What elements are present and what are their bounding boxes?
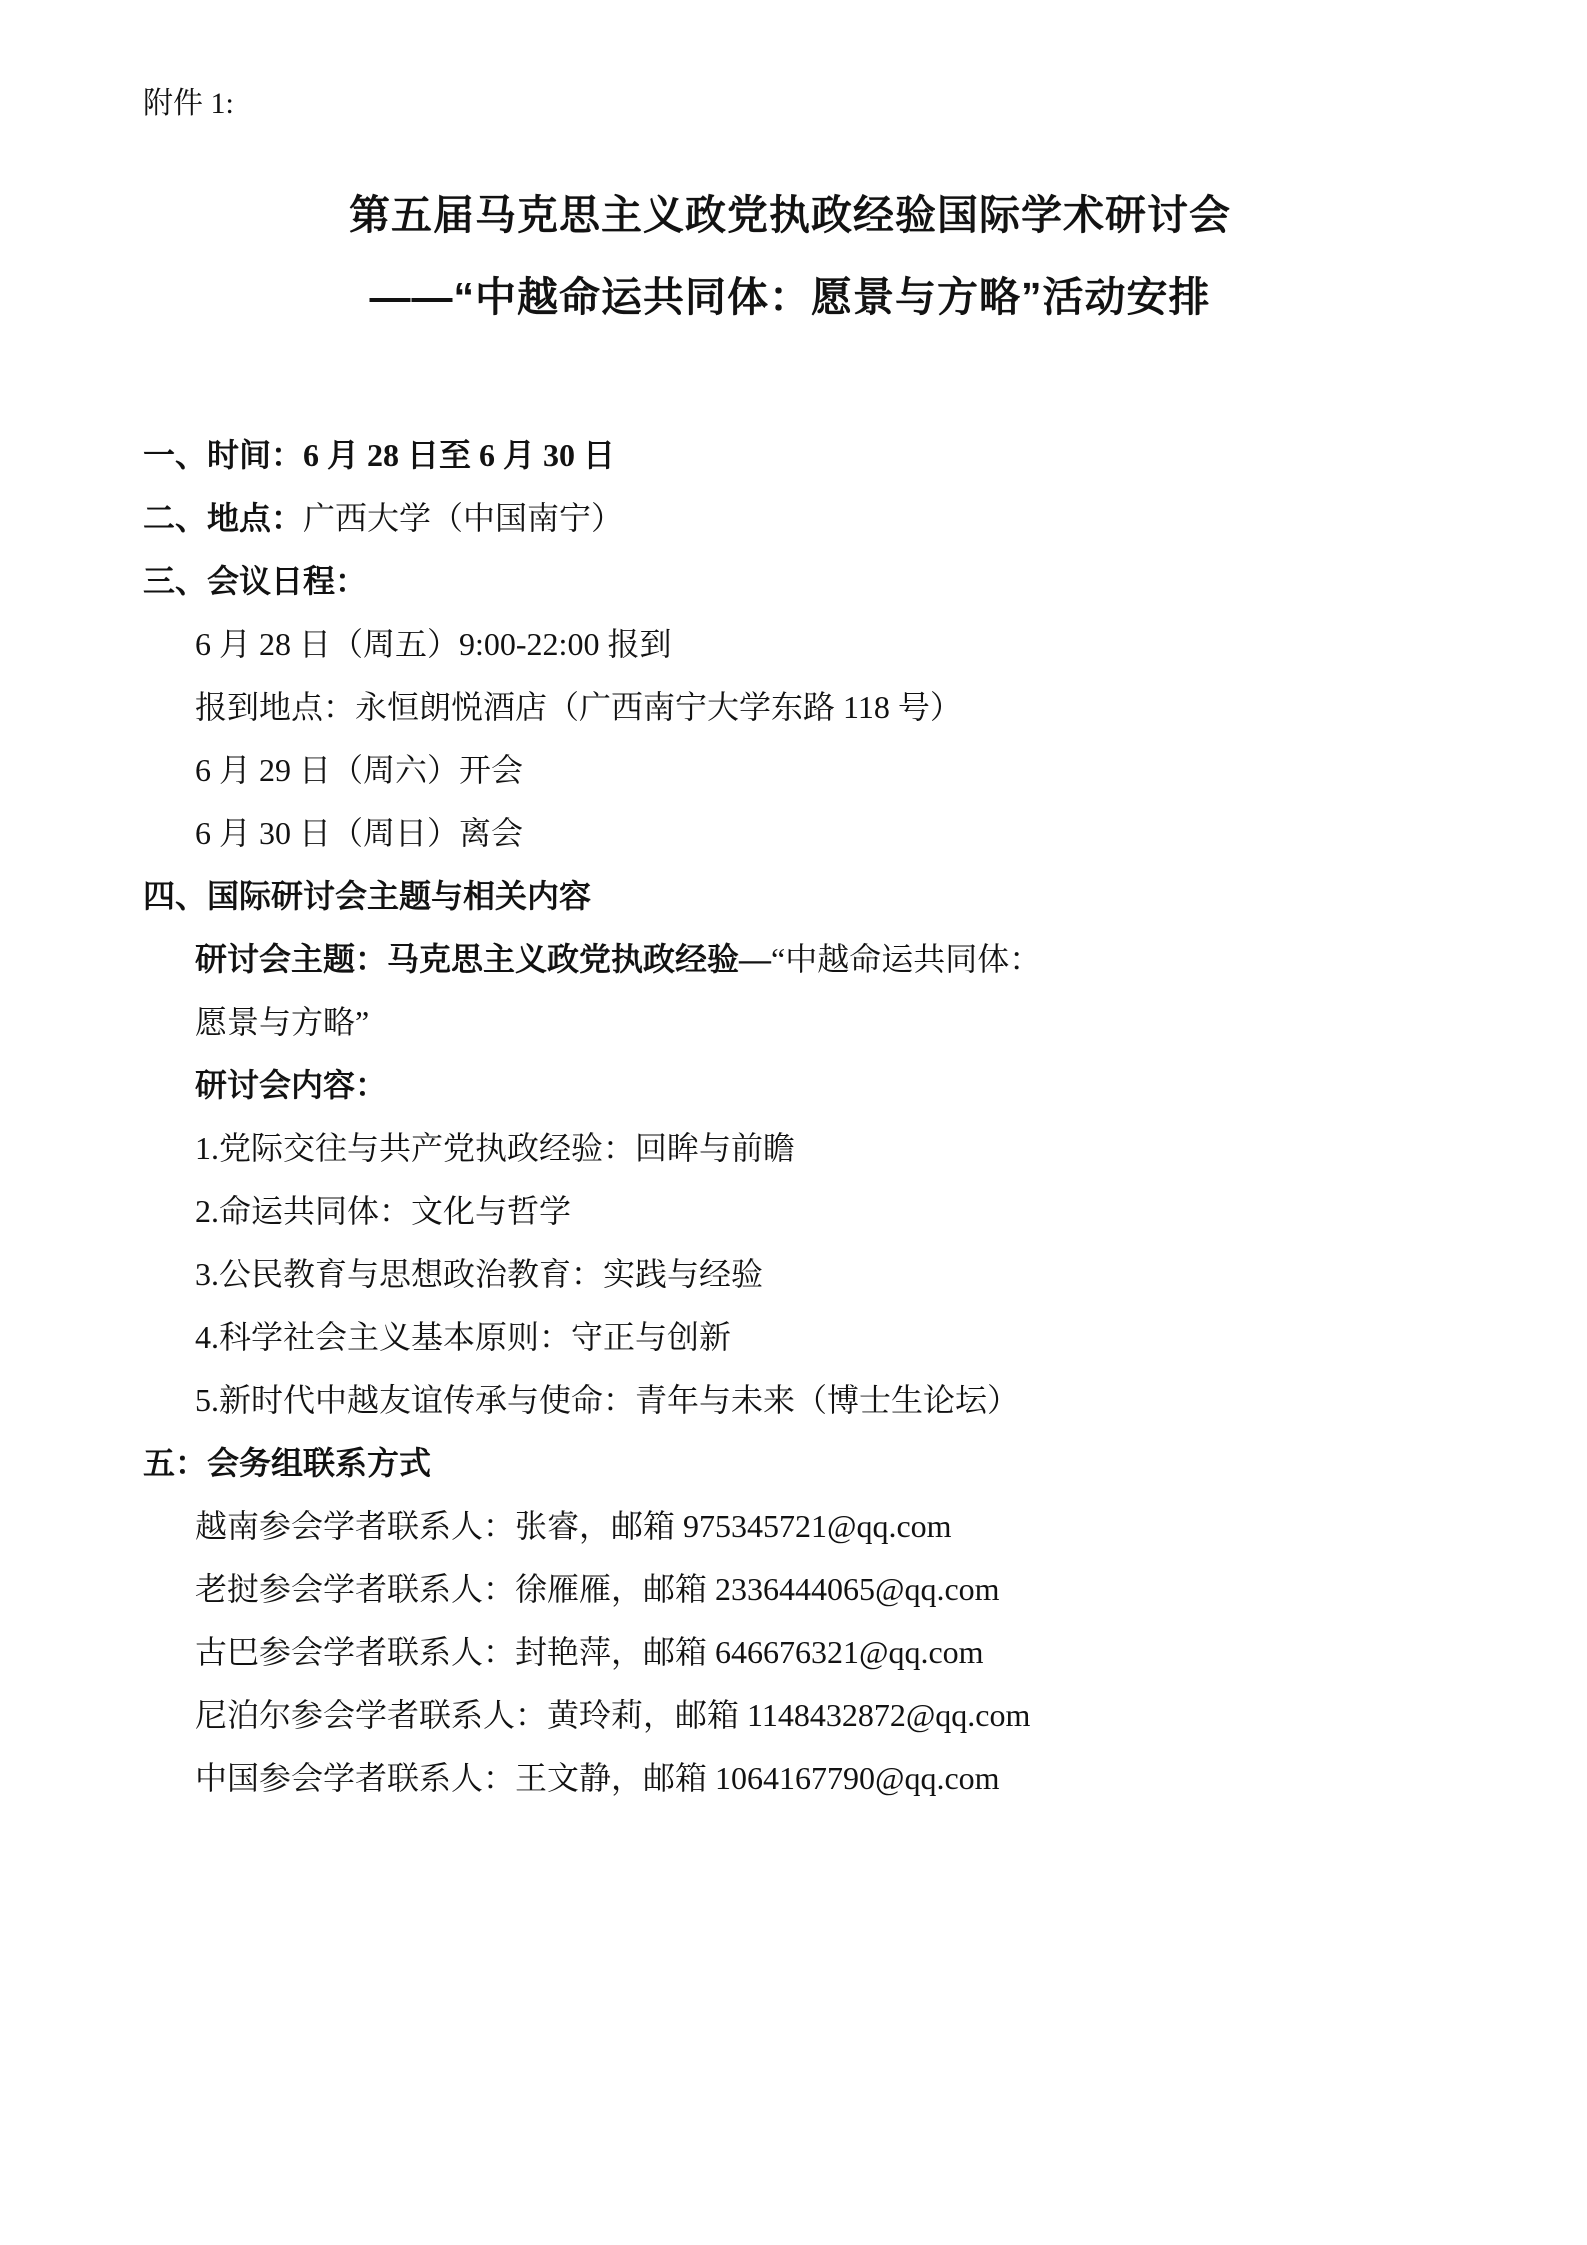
document-page: 附件 1: 第五届马克思主义政党执政经验国际学术研讨会 ——“中越命运共同体：愿… — [0, 0, 1587, 2245]
attachment-label: 附件 1: — [143, 82, 1437, 126]
document-title-line1: 第五届马克思主义政党执政经验国际学术研讨会 — [143, 186, 1437, 244]
content-item: 1.党际交往与共产党执政经验：回眸与前瞻 — [143, 1117, 1437, 1180]
content-item: 5.新时代中越友谊传承与使命：青年与未来（博士生论坛） — [143, 1369, 1437, 1432]
section-theme-heading: 四、国际研讨会主题与相关内容 — [143, 865, 1437, 928]
theme-content-heading: 研讨会内容： — [143, 1054, 1437, 1117]
contact-item: 中国参会学者联系人：王文静，邮箱 1064167790@qq.com — [143, 1747, 1437, 1810]
contact-item: 老挝参会学者联系人：徐雁雁，邮箱 2336444065@qq.com — [143, 1558, 1437, 1621]
agenda-item: 6 月 30 日（周日）离会 — [143, 802, 1437, 865]
document-title-line2: ——“中越命运共同体：愿景与方略”活动安排 — [143, 268, 1437, 326]
agenda-item: 6 月 29 日（周六）开会 — [143, 739, 1437, 802]
section-location: 二、地点：广西大学（中国南宁） — [143, 487, 1437, 550]
section-location-label: 二、地点： — [143, 500, 303, 536]
document-body: 一、时间：6 月 28 日至 6 月 30 日 二、地点：广西大学（中国南宁） … — [143, 424, 1437, 1810]
section-contact-heading: 五：会务组联系方式 — [143, 1432, 1437, 1495]
contact-item: 越南参会学者联系人：张睿，邮箱 975345721@qq.com — [143, 1495, 1437, 1558]
agenda-item: 6 月 28 日（周五）9:00-22:00 报到 — [143, 613, 1437, 676]
content-item: 2.命运共同体：文化与哲学 — [143, 1180, 1437, 1243]
content-item: 3.公民教育与思想政治教育：实践与经验 — [143, 1243, 1437, 1306]
section-time-value: 6 月 28 日至 6 月 30 日 — [303, 437, 615, 473]
content-item: 4.科学社会主义基本原则：守正与创新 — [143, 1306, 1437, 1369]
section-agenda-heading: 三、会议日程： — [143, 550, 1437, 613]
contact-item: 尼泊尔参会学者联系人：黄玲莉，邮箱 1148432872@qq.com — [143, 1684, 1437, 1747]
section-time-label: 一、时间： — [143, 437, 303, 473]
section-location-value: 广西大学（中国南宁） — [303, 500, 623, 536]
theme-topic-wrap-line: 愿景与方略” — [143, 991, 1437, 1054]
agenda-item: 报到地点：永恒朗悦酒店（广西南宁大学东路 118 号） — [143, 676, 1437, 739]
contact-item: 古巴参会学者联系人：封艳萍，邮箱 646676321@qq.com — [143, 1621, 1437, 1684]
section-time: 一、时间：6 月 28 日至 6 月 30 日 — [143, 424, 1437, 487]
theme-topic-line: 研讨会主题：马克思主义政党执政经验—“中越命运共同体： — [143, 928, 1437, 991]
theme-topic-label: 研讨会主题：马克思主义政党执政经验— — [195, 941, 771, 977]
theme-topic-text: “中越命运共同体： — [771, 941, 1041, 977]
